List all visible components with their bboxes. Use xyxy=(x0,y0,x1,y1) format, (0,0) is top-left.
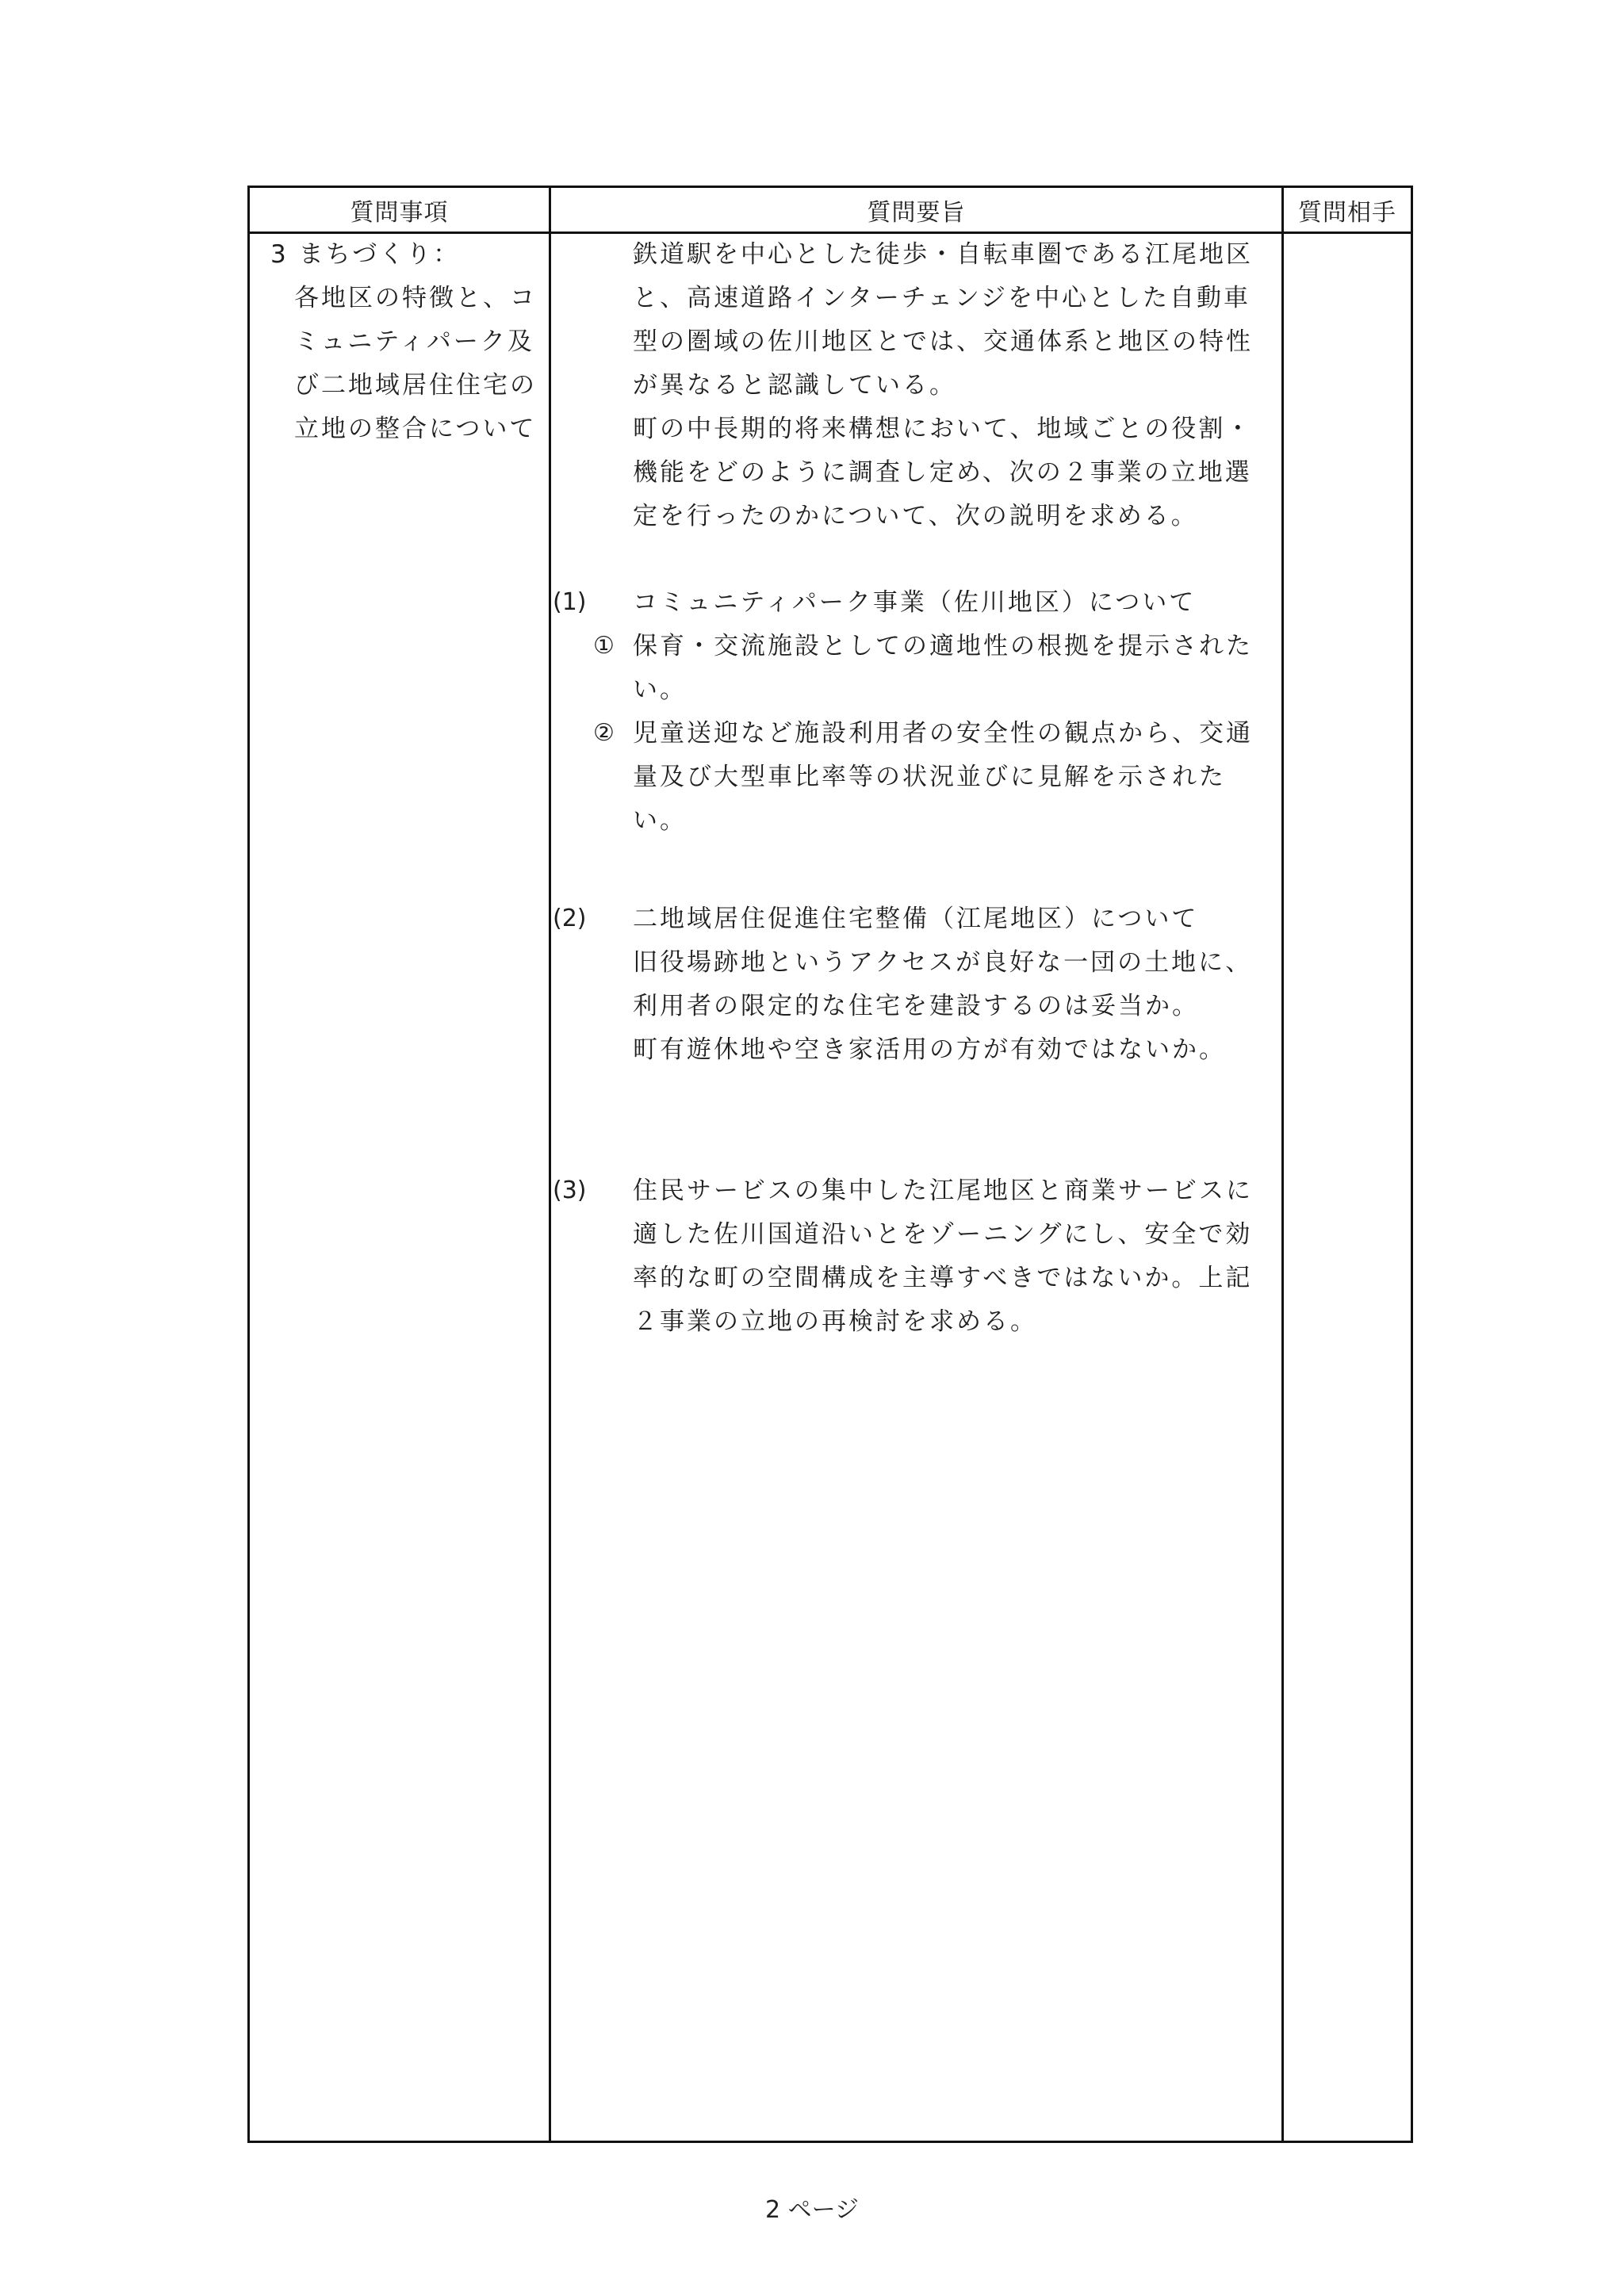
column-divider xyxy=(549,188,551,2141)
subitem-marker: ② xyxy=(593,717,615,749)
item-number: (3) xyxy=(553,1175,587,1207)
item-line: 町有遊休地や空き家活用の方が有効ではないか。 xyxy=(633,1034,1226,1066)
intro-line: 機能をどのように調査し定め、次の２事業の立地選 xyxy=(633,457,1252,488)
page-number: 2 ページ xyxy=(0,2190,1624,2225)
subitem-line: い。 xyxy=(633,674,687,706)
intro-line: が異なると認識している。 xyxy=(633,369,956,401)
subitem-line: 保育・交流施設としての適地性の根拠を提示された xyxy=(633,630,1253,662)
subject-line: ミュニティパーク及 xyxy=(294,326,534,358)
subitem-marker: ① xyxy=(593,630,615,662)
subject-line: 立地の整合について xyxy=(294,413,536,445)
item-line: 適した佐川国道沿いとをゾーニングにし、安全で効 xyxy=(633,1219,1252,1250)
item-number: (1) xyxy=(553,587,587,618)
column-divider xyxy=(1281,188,1284,2141)
intro-line: 定を行ったのかについて、次の説明を求める。 xyxy=(633,500,1198,532)
question-table: 質問事項 質問要旨 質問相手 3 まちづくり： 各地区の特徴と、コ ミュニティパ… xyxy=(247,186,1413,2143)
item-heading: 二地域居住促進住宅整備（江尾地区）について xyxy=(633,903,1198,935)
subitem-line: い。 xyxy=(633,805,687,836)
item-number: (2) xyxy=(553,903,587,935)
intro-line: 鉄道駅を中心とした徒歩・自転車圏である江尾地区 xyxy=(633,239,1253,270)
subitem-line: 児童送迎など施設利用者の安全性の観点から、交通 xyxy=(633,717,1253,749)
item-line: 利用者の限定的な住宅を建設するのは妥当か。 xyxy=(633,990,1199,1022)
intro-line: と、高速道路インターチェンジを中心とした自動車 xyxy=(633,282,1251,314)
intro-line: 型の圏域の佐川地区とでは、交通体系と地区の特性 xyxy=(633,326,1253,358)
item-heading: 住民サービスの集中した江尾地区と商業サービスに xyxy=(633,1175,1253,1207)
subject-line: び二地域居住住宅の xyxy=(294,369,537,401)
item-heading: コミュニティパーク事業（佐川地区）について xyxy=(633,587,1196,618)
header-summary: 質問要旨 xyxy=(551,188,1281,232)
subitem-line: 量及び大型車比率等の状況並びに見解を示された xyxy=(633,761,1226,793)
header-respondent: 質問相手 xyxy=(1284,188,1411,232)
item-line: ２事業の立地の再検討を求める。 xyxy=(633,1306,1037,1337)
intro-line: 町の中長期的将来構想において、地域ごとの役割・ xyxy=(633,413,1252,445)
header-subject: 質問事項 xyxy=(250,188,549,232)
subject-line: 各地区の特徴と、コ xyxy=(294,282,537,314)
subject-title: 3 まちづくり： xyxy=(270,239,460,270)
document-page: 質問事項 質問要旨 質問相手 3 まちづくり： 各地区の特徴と、コ ミュニティパ… xyxy=(0,0,1624,2296)
item-line: 率的な町の空間構成を主導すべきではないか。上記 xyxy=(633,1262,1252,1294)
item-line: 旧役場跡地というアクセスが良好な一団の土地に、 xyxy=(633,947,1252,978)
